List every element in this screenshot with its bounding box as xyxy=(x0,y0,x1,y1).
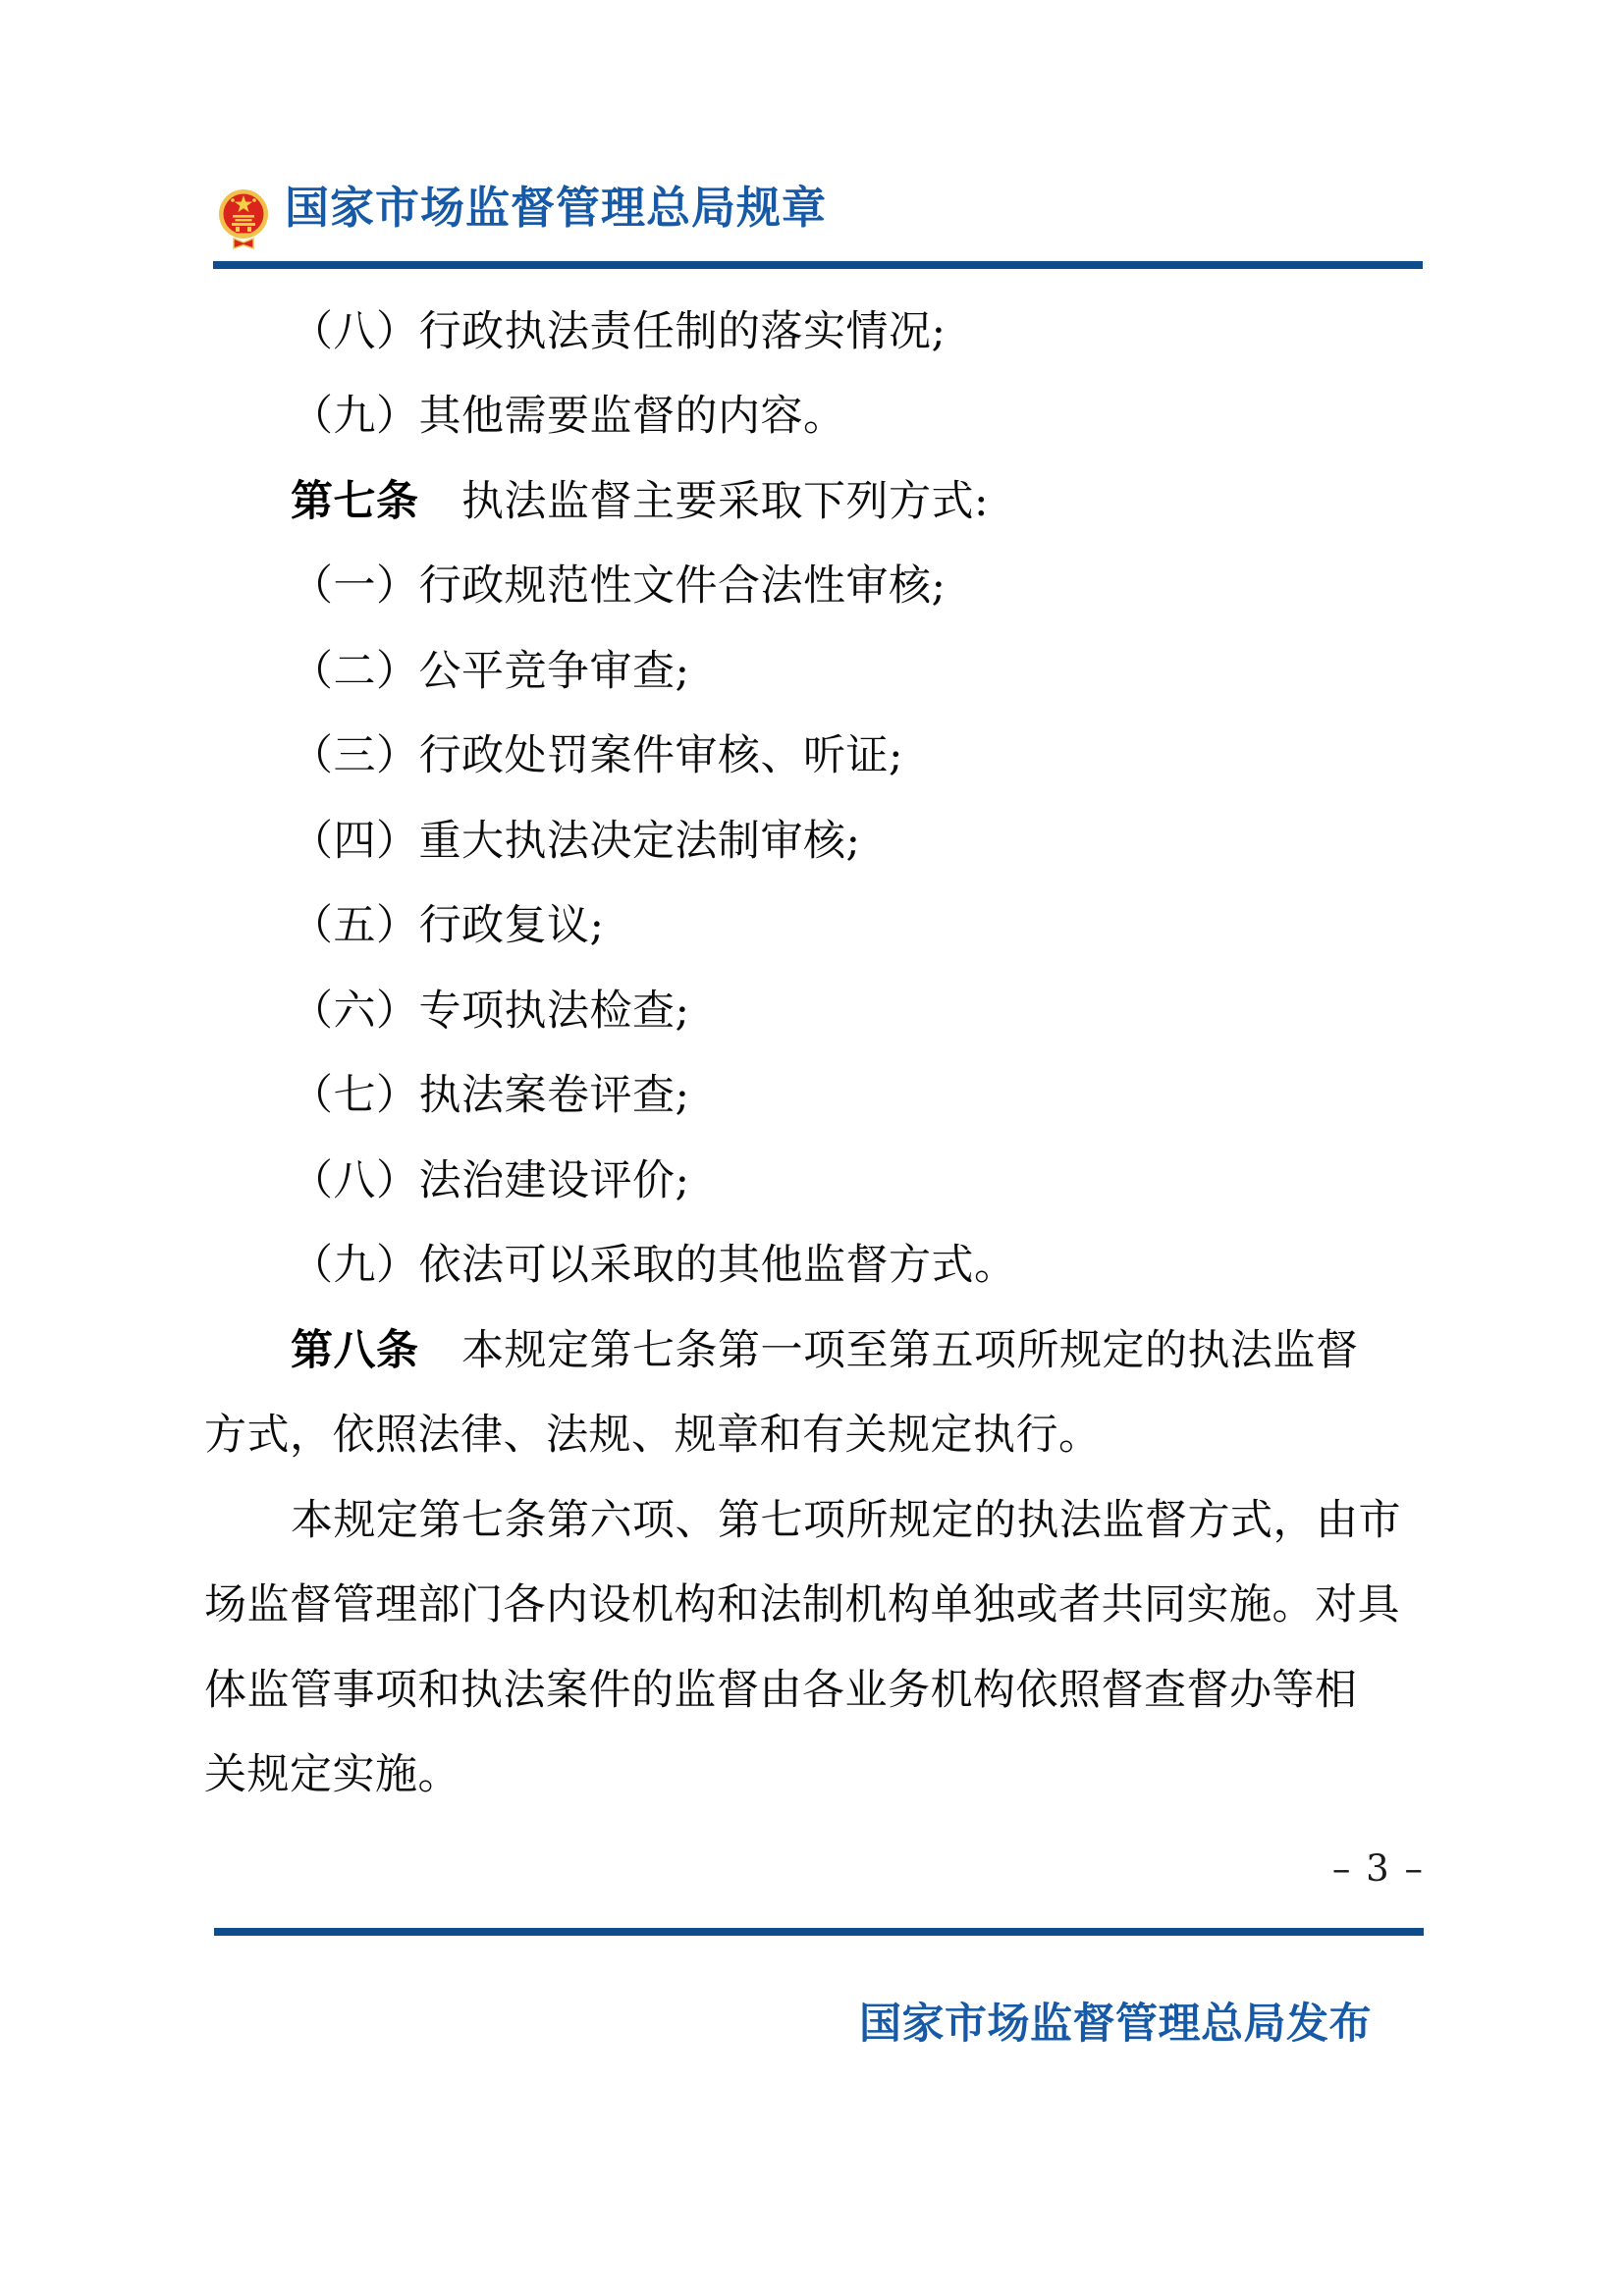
document-line: 本规定第七条第六项、第七项所规定的执法监督方式，由市 xyxy=(204,1496,1528,1545)
document-line: （七）执法案卷评查; xyxy=(204,1071,1528,1120)
document-line: 体监管事项和执法案件的监督由各业务机构依照督查督办等相 xyxy=(204,1666,1441,1715)
footer-publisher: 国家市场监督管理总局发布 xyxy=(859,1991,1372,2051)
header-title: 国家市场监督管理总局规章 xyxy=(285,183,827,234)
document-line: （四）重大执法决定法制审核; xyxy=(204,817,1528,866)
document-line: （六）专项执法检查; xyxy=(204,987,1528,1036)
document-line: 方式，依照法律、法规、规章和有关规定执行。 xyxy=(204,1411,1441,1460)
article-number: 第八条 xyxy=(291,1326,419,1375)
document-line: （九）其他需要监督的内容。 xyxy=(204,392,1528,441)
document-line: （五）行政复议; xyxy=(204,901,1528,950)
document-page: 国家市场监督管理总局规章 （八）行政执法责任制的落实情况; （九）其他需要监督的… xyxy=(0,0,1624,2296)
document-line: 场监督管理部门各内设机构和法制机构单独或者共同实施。对具 xyxy=(204,1580,1441,1629)
document-line: （八）行政执法责任制的落实情况; xyxy=(204,307,1528,356)
document-line: （三）行政处罚案件审核、听证; xyxy=(204,731,1528,780)
footer-divider-rule xyxy=(214,1928,1424,1936)
national-emblem-icon xyxy=(218,187,269,254)
article-number: 第七条 xyxy=(291,477,419,526)
document-line: （八）法治建设评价; xyxy=(204,1156,1528,1205)
document-line: （一）行政规范性文件合法性审核; xyxy=(204,561,1528,611)
header-divider-rule xyxy=(213,261,1423,269)
document-line: 关规定实施。 xyxy=(204,1750,1441,1799)
document-line: （九）依法可以采取的其他监督方式。 xyxy=(204,1241,1528,1290)
document-line: 第八条 本规定第七条第一项至第五项所规定的执法监督 xyxy=(204,1326,1528,1375)
page-number: – 3 – xyxy=(1332,1847,1425,1890)
document-line: （二）公平竞争审查; xyxy=(204,647,1528,696)
document-line: 第七条 执法监督主要采取下列方式: xyxy=(204,477,1528,526)
